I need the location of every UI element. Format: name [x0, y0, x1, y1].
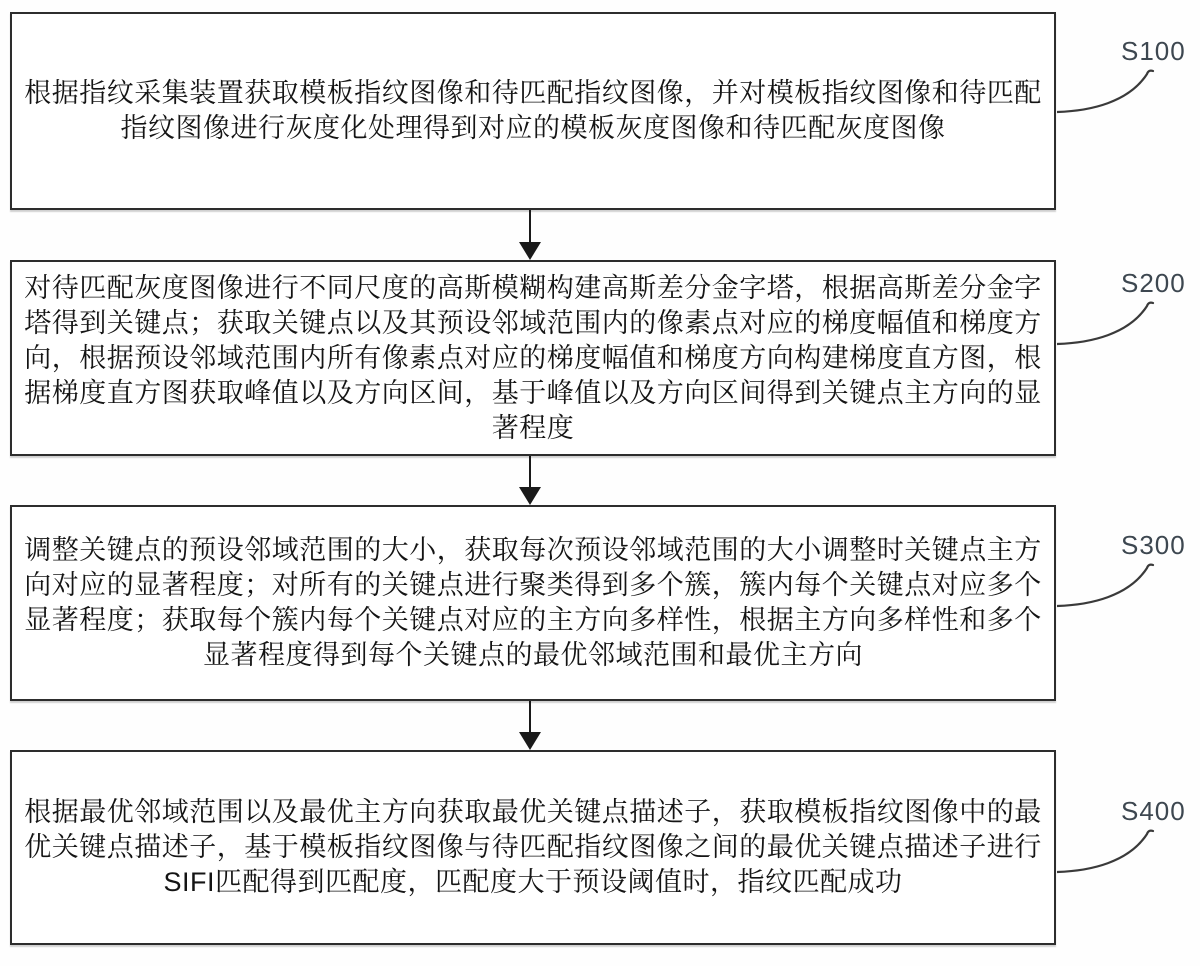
arrow-head — [519, 732, 541, 750]
flow-box-s100-text: 根据指纹采集装置获取模板指纹图像和待匹配指纹图像，并对模板指纹图像和待匹配指纹图… — [20, 76, 1046, 146]
down-arrow-icon — [519, 210, 541, 260]
step-label: S400 — [1121, 796, 1186, 827]
flow-box-s300: 调整关键点的预设邻域范围的大小，获取每次预设邻域范围的大小调整时关键点主方向对应… — [10, 505, 1056, 701]
arrow-shaft — [529, 701, 531, 734]
arrow-head — [519, 487, 541, 505]
leader-curve-icon — [1057, 298, 1157, 348]
flow-box-s300-text: 调整关键点的预设邻域范围的大小，获取每次预设邻域范围的大小调整时关键点主方向对应… — [20, 533, 1046, 673]
leader-curve-icon — [1057, 66, 1157, 116]
down-arrow-icon — [519, 701, 541, 750]
flow-box-s400-text: 根据最优邻域范围以及最优主方向获取最优关键点描述子，获取模板指纹图像中的最优关键… — [20, 795, 1046, 900]
flow-box-s200: 对待匹配灰度图像进行不同尺度的高斯模糊构建高斯差分金字塔，根据高斯差分金字塔得到… — [10, 260, 1056, 456]
leader-curve-icon — [1057, 826, 1157, 876]
down-arrow-icon — [519, 456, 541, 505]
flow-box-s100: 根据指纹采集装置获取模板指纹图像和待匹配指纹图像，并对模板指纹图像和待匹配指纹图… — [10, 12, 1056, 210]
leader-curve-icon — [1057, 560, 1157, 610]
arrow-head — [519, 242, 541, 260]
arrow-shaft — [529, 210, 531, 244]
arrow-shaft — [529, 456, 531, 489]
step-label: S100 — [1121, 36, 1186, 67]
step-label: S300 — [1121, 530, 1186, 561]
flow-box-s400: 根据最优邻域范围以及最优主方向获取最优关键点描述子，获取模板指纹图像中的最优关键… — [10, 750, 1056, 945]
flow-box-s200-text: 对待匹配灰度图像进行不同尺度的高斯模糊构建高斯差分金字塔，根据高斯差分金字塔得到… — [20, 271, 1046, 446]
step-label: S200 — [1121, 268, 1186, 299]
flowchart-canvas: 根据指纹采集装置获取模板指纹图像和待匹配指纹图像，并对模板指纹图像和待匹配指纹图… — [0, 0, 1200, 966]
